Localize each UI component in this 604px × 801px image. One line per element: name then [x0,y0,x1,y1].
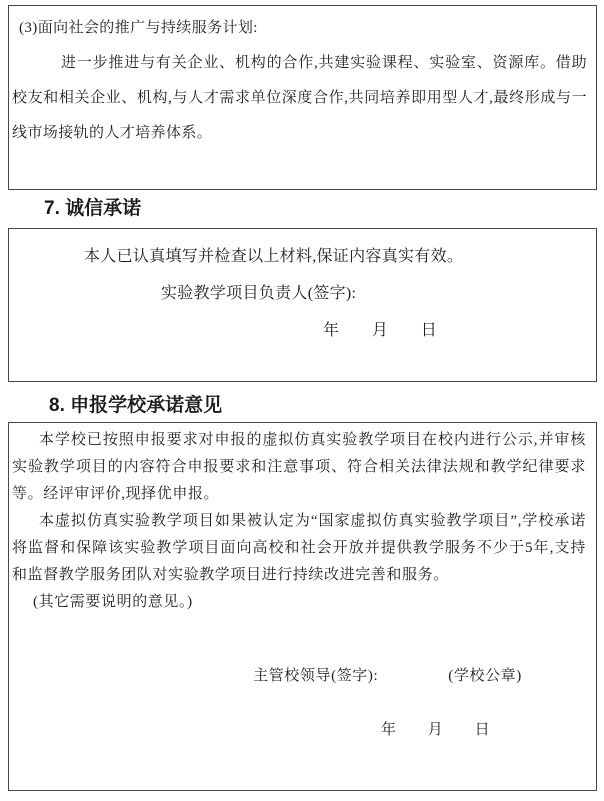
school-note: (其它需要说明的意见。) [12,589,586,616]
section-plan-box: (3)面向社会的推广与持续服务计划: 进一步推进与有关企业、机构的合作,共建实验… [8,5,597,190]
school-seal-label: (学校公章) [448,668,522,684]
plan-heading: (3)面向社会的推广与持续服务计划: [12,11,587,46]
plan-paragraph: 进一步推进与有关企业、机构的合作,共建实验课程、实验室、资源库。借助校友和相关企… [12,46,587,151]
pledge-statement: 本人已认真填写并检查以上材料,保证内容真实有效。 [84,238,596,275]
section-7-heading: 7. 诚信承诺 [44,198,141,220]
school-paragraph-2: 本虚拟仿真实验教学项目如果被认定为“国家虚拟仿真实验教学项目”,学校承诺将监督和… [12,508,586,589]
school-date-line: 年 月 日 [381,717,586,744]
section-pledge-box: 本人已认真填写并检查以上材料,保证内容真实有效。 实验教学项目负责人(签字): … [8,228,597,382]
school-signature-label: 主管校领导(签字): [253,668,378,684]
section-8-heading: 8. 申报学校承诺意见 [49,395,222,417]
school-signature-row: 主管校领导(签字):(学校公章) [12,636,586,717]
pledge-signature-label: 实验教学项目负责人(签字): [161,275,596,312]
pledge-date-line: 年 月 日 [323,312,596,349]
school-paragraph-1: 本学校已按照申报要求对申报的虚拟仿真实验教学项目在校内进行公示,并审核实验教学项… [12,427,586,508]
form-page: (3)面向社会的推广与持续服务计划: 进一步推进与有关企业、机构的合作,共建实验… [0,0,604,801]
section-school-box: 本学校已按照申报要求对申报的虚拟仿真实验教学项目在校内进行公示,并审核实验教学项… [8,422,597,791]
